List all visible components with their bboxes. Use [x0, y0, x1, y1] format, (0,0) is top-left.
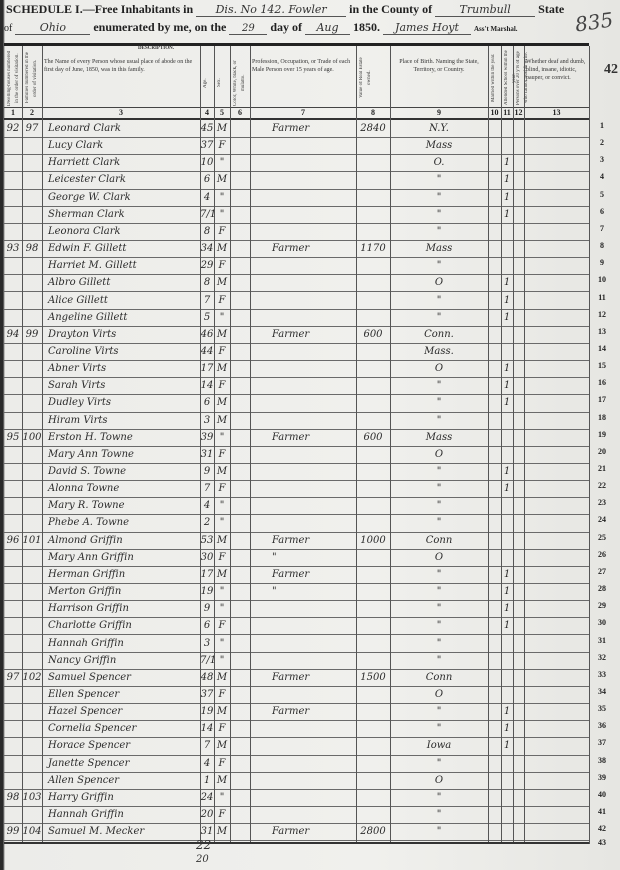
cell-sex: F [214, 480, 230, 497]
column-divider [513, 46, 514, 844]
cell-name: Harrison Griffin [42, 600, 206, 617]
cell-age: 3 [200, 412, 214, 429]
table-bottom-rule [4, 842, 589, 844]
line-number: 24 [592, 515, 612, 524]
line-number: 39 [592, 773, 612, 782]
cell-school: 1 [501, 463, 513, 480]
cell-name: Merton Griffin [42, 583, 206, 600]
column-number-1: 1 [4, 108, 22, 118]
description-label: DESCRIPTION. [112, 45, 200, 57]
cell-sex: " [214, 583, 230, 600]
cell-name: Leonard Clark [42, 120, 206, 137]
cell-sex: M [214, 703, 230, 720]
cell-value: 1000 [356, 532, 390, 549]
marshal-label: Ass't Marshal. [474, 25, 518, 33]
cell-sex: M [214, 669, 230, 686]
cell-value: 600 [356, 429, 390, 446]
cell-family: 98 [22, 240, 42, 257]
cell-age: 29 [200, 257, 214, 274]
cell-dwelling: 92 [4, 120, 22, 137]
cell-family: 97 [22, 120, 42, 137]
line-number: 2 [592, 138, 612, 147]
column-number-12: 12 [513, 108, 524, 118]
cell-age: 48 [200, 669, 214, 686]
cell-birth: " [390, 617, 488, 634]
cell-name: Angeline Gillett [42, 309, 206, 326]
cell-family: 100 [22, 429, 42, 446]
cell-name: Abner Virts [42, 360, 206, 377]
cell-school: 1 [501, 189, 513, 206]
line-number: 27 [592, 567, 612, 576]
year-label: 1850. [353, 20, 380, 34]
cell-school: 1 [501, 377, 513, 394]
cell-age: 53 [200, 532, 214, 549]
cell-sex: " [214, 789, 230, 806]
cell-name: Sarah Virts [42, 377, 206, 394]
cell-age: 34 [200, 240, 214, 257]
cell-age: 30 [200, 549, 214, 566]
line-number: 32 [592, 653, 612, 662]
county-field: Trumbull [435, 3, 535, 17]
cell-birth: " [390, 566, 488, 583]
cell-school: 1 [501, 600, 513, 617]
cell-sex: F [214, 223, 230, 240]
cell-dwelling: 98 [4, 789, 22, 806]
cell-age: 4 [200, 497, 214, 514]
cell-name: Harry Griffin [42, 789, 206, 806]
line-number: 5 [592, 190, 612, 199]
cell-age: 9 [200, 463, 214, 480]
cell-sex: " [214, 497, 230, 514]
cell-sex: F [214, 720, 230, 737]
line-number: 20 [592, 447, 612, 456]
cell-age: 39 [200, 429, 214, 446]
cell-birth: Iowa [390, 737, 488, 754]
schedule-header-line-1: SCHEDULE I.—Free Inhabitants in Dis. No … [6, 2, 564, 17]
cell-dwelling: 95 [4, 429, 22, 446]
cell-sex: F [214, 755, 230, 772]
cell-family: 103 [22, 789, 42, 806]
line-number: 31 [592, 636, 612, 645]
cell-name: Hannah Griffin [42, 806, 206, 823]
of-label: of [4, 23, 12, 34]
cell-birth: " [390, 720, 488, 737]
column-divider [200, 46, 201, 844]
cell-birth: Conn. [390, 326, 488, 343]
column-divider [488, 46, 489, 844]
cell-sex: M [214, 326, 230, 343]
cell-age: 17 [200, 360, 214, 377]
cell-birth: " [390, 223, 488, 240]
cell-birth: " [390, 309, 488, 326]
cell-sex: " [214, 206, 230, 223]
cell-birth: " [390, 514, 488, 531]
cell-occupation: Farmer [250, 566, 378, 583]
cell-value: 1170 [356, 240, 390, 257]
marshal-field: James Hoyt [383, 21, 471, 35]
cell-sex: M [214, 566, 230, 583]
cell-name: Caroline Virts [42, 343, 206, 360]
cell-name: Albro Gillett [42, 274, 206, 291]
cell-name: Dudley Virts [42, 394, 206, 411]
cell-sex: F [214, 686, 230, 703]
enumerated-label: enumerated by me, on the [93, 20, 226, 34]
line-number: 40 [592, 790, 612, 799]
cell-age: 19 [200, 583, 214, 600]
cell-age: 9 [200, 600, 214, 617]
cell-sex: M [214, 463, 230, 480]
cell-name: Mary Ann Griffin [42, 549, 206, 566]
line-number: 30 [592, 618, 612, 627]
cell-birth: O [390, 772, 488, 789]
cell-age: 7/12 [200, 652, 214, 669]
line-number: 23 [592, 498, 612, 507]
cell-age: 3 [200, 635, 214, 652]
cell-name: Horace Spencer [42, 737, 206, 754]
cell-name: Leonora Clark [42, 223, 206, 240]
cell-birth: " [390, 823, 488, 840]
cell-birth: Mass [390, 240, 488, 257]
cell-name: Erston H. Towne [42, 429, 206, 446]
day-of-label: day of [270, 20, 302, 34]
cell-name: Leicester Clark [42, 171, 206, 188]
cell-dwelling: 96 [4, 532, 22, 549]
line-number: 10 [592, 275, 612, 284]
cell-sex: F [214, 446, 230, 463]
column-header-12: Persons over 20 y'rs of age who cannot r… [515, 50, 522, 106]
cell-occupation: Farmer [250, 703, 378, 720]
line-number: 38 [592, 756, 612, 765]
cell-sex: F [214, 292, 230, 309]
cell-sex: F [214, 806, 230, 823]
line-number: 41 [592, 807, 612, 816]
cell-name: Charlotte Griffin [42, 617, 206, 634]
cell-school: 1 [501, 154, 513, 171]
line-number: 17 [592, 395, 612, 404]
cell-birth: " [390, 292, 488, 309]
column-divider [42, 46, 43, 844]
county-label: in the County of [349, 2, 432, 16]
line-number: 43 [592, 838, 612, 847]
column-number-9: 9 [390, 108, 488, 118]
cell-age: 44 [200, 343, 214, 360]
cell-birth: " [390, 257, 488, 274]
cell-name: Allen Spencer [42, 772, 206, 789]
column-divider [230, 46, 231, 844]
state-label: State [538, 2, 564, 16]
cell-birth: Mass [390, 137, 488, 154]
cell-sex: " [214, 154, 230, 171]
column-header-11: Attended School within the year. [503, 50, 511, 106]
cell-value: 2800 [356, 823, 390, 840]
schedule-title: SCHEDULE I.—Free Inhabitants in [6, 2, 193, 16]
cell-name: Mary R. Towne [42, 497, 206, 514]
cell-school: 1 [501, 583, 513, 600]
cell-birth: " [390, 583, 488, 600]
cell-age: 4 [200, 755, 214, 772]
line-number: 25 [592, 533, 612, 542]
cell-name: Cornelia Spencer [42, 720, 206, 737]
cell-birth: O. [390, 154, 488, 171]
cell-name: Hiram Virts [42, 412, 206, 429]
cell-school: 1 [501, 206, 513, 223]
line-number: 1 [592, 121, 612, 130]
census-page: SCHEDULE I.—Free Inhabitants in Dis. No … [0, 0, 620, 870]
line-number: 34 [592, 687, 612, 696]
schedule-header-line-2: of Ohio enumerated by me, on the 29 day … [4, 20, 518, 35]
cell-birth: " [390, 652, 488, 669]
cell-name: Mary Ann Towne [42, 446, 206, 463]
cell-age: 31 [200, 446, 214, 463]
cell-birth: " [390, 189, 488, 206]
cell-sex: M [214, 240, 230, 257]
cell-value: 1500 [356, 669, 390, 686]
cell-name: Samuel M. Mecker [42, 823, 206, 840]
cell-name: Nancy Griffin [42, 652, 206, 669]
cell-birth: N.Y. [390, 120, 488, 137]
cell-name: Phebe A. Towne [42, 514, 206, 531]
cell-dwelling: 94 [4, 326, 22, 343]
cell-age: 5 [200, 309, 214, 326]
cell-school: 1 [501, 394, 513, 411]
line-number: 21 [592, 464, 612, 473]
column-number-4: 4 [200, 108, 214, 118]
cell-birth: " [390, 703, 488, 720]
cell-sex: F [214, 377, 230, 394]
cell-school: 1 [501, 737, 513, 754]
column-divider [214, 46, 215, 844]
line-number: 3 [592, 155, 612, 164]
cell-family: 99 [22, 326, 42, 343]
column-number-7: 7 [250, 108, 356, 118]
cell-sex: F [214, 257, 230, 274]
column-number-6: 6 [230, 108, 250, 118]
cell-name: Harriett Clark [42, 154, 206, 171]
column-divider [589, 46, 590, 844]
line-number: 16 [592, 378, 612, 387]
column-number-3: 3 [42, 108, 200, 118]
cell-sex: " [214, 429, 230, 446]
cell-name: Herman Griffin [42, 566, 206, 583]
cell-birth: " [390, 806, 488, 823]
line-number: 12 [592, 310, 612, 319]
cell-birth: " [390, 463, 488, 480]
line-number: 28 [592, 584, 612, 593]
column-divider [501, 46, 502, 844]
line-number: 11 [592, 293, 612, 302]
column-number-11: 11 [501, 108, 513, 118]
district-field: Dis. No 142. Fowler [196, 3, 346, 17]
cell-sex: M [214, 532, 230, 549]
cell-birth: " [390, 171, 488, 188]
cell-age: 14 [200, 720, 214, 737]
cell-school: 1 [501, 274, 513, 291]
cell-birth: " [390, 755, 488, 772]
cell-school: 1 [501, 566, 513, 583]
cell-age: 7/12 [200, 206, 214, 223]
cell-name: Ellen Spencer [42, 686, 206, 703]
cell-birth: " [390, 377, 488, 394]
cell-sex: F [214, 617, 230, 634]
cell-sex: M [214, 772, 230, 789]
cell-age: 37 [200, 686, 214, 703]
line-number: 15 [592, 361, 612, 370]
cell-sex: M [214, 394, 230, 411]
cell-birth: " [390, 789, 488, 806]
column-divider [250, 46, 251, 844]
cell-name: David S. Towne [42, 463, 206, 480]
line-number: 9 [592, 258, 612, 267]
column-header-8: Value of Real Estate owned. [358, 50, 388, 106]
cell-birth: " [390, 412, 488, 429]
cell-sex: " [214, 309, 230, 326]
cell-age: 6 [200, 394, 214, 411]
cell-sex: " [214, 635, 230, 652]
cell-birth: " [390, 394, 488, 411]
cell-value: 2840 [356, 120, 390, 137]
cell-dwelling: 97 [4, 669, 22, 686]
cell-school: 1 [501, 171, 513, 188]
cell-name: Sherman Clark [42, 206, 206, 223]
day-field: 29 [229, 23, 267, 35]
cell-sex: " [214, 600, 230, 617]
cell-school: 1 [501, 720, 513, 737]
cell-sex: M [214, 120, 230, 137]
month-field: Aug [305, 21, 350, 35]
line-number: 33 [592, 670, 612, 679]
cell-age: 1 [200, 772, 214, 789]
cell-age: 10 [200, 154, 214, 171]
cell-birth: O [390, 446, 488, 463]
cell-occupation: " [250, 549, 378, 566]
line-number: 42 [592, 824, 612, 833]
cell-age: 6 [200, 171, 214, 188]
cell-age: 37 [200, 137, 214, 154]
line-number: 6 [592, 207, 612, 216]
line-number: 4 [592, 172, 612, 181]
line-number: 18 [592, 413, 612, 422]
cell-sex: " [214, 652, 230, 669]
cell-family: 102 [22, 669, 42, 686]
cell-name: Hazel Spencer [42, 703, 206, 720]
line-number: 36 [592, 721, 612, 730]
line-number: 26 [592, 550, 612, 559]
cell-sex: F [214, 343, 230, 360]
cell-name: Almond Griffin [42, 532, 206, 549]
column-header-4: Age. [202, 60, 212, 106]
line-number: 22 [592, 481, 612, 490]
cell-age: 6 [200, 617, 214, 634]
cell-school: 1 [501, 360, 513, 377]
cell-school: 1 [501, 617, 513, 634]
cell-sex: F [214, 549, 230, 566]
cell-dwelling: 93 [4, 240, 22, 257]
cell-name: Lucy Clark [42, 137, 206, 154]
column-header-2: Families numbered in the order of visita… [24, 50, 40, 106]
cell-sex: M [214, 412, 230, 429]
cell-value: 600 [356, 326, 390, 343]
line-number: 35 [592, 704, 612, 713]
cell-age: 8 [200, 223, 214, 240]
cell-birth: O [390, 274, 488, 291]
cell-age: 2 [200, 514, 214, 531]
cell-occupation: " [250, 583, 378, 600]
cell-age: 20 [200, 806, 214, 823]
line-number: 7 [592, 224, 612, 233]
cell-age: 7 [200, 480, 214, 497]
cell-sex: M [214, 274, 230, 291]
column-divider [356, 46, 357, 844]
column-number-5: 5 [214, 108, 230, 118]
cell-sex: " [214, 514, 230, 531]
cell-school: 1 [501, 480, 513, 497]
cell-name: Janette Spencer [42, 755, 206, 772]
cell-birth: Mass. [390, 343, 488, 360]
cell-age: 4 [200, 189, 214, 206]
line-number: 13 [592, 327, 612, 336]
line-number: 37 [592, 738, 612, 747]
cell-sex: M [214, 171, 230, 188]
line-number: 19 [592, 430, 612, 439]
cell-age: 19 [200, 703, 214, 720]
cell-sex: F [214, 137, 230, 154]
cell-school: 1 [501, 292, 513, 309]
column-divider [524, 46, 525, 844]
census-table: DESCRIPTION. Dwelling-houses numbered in… [4, 43, 589, 844]
cell-sex: M [214, 360, 230, 377]
column-divider [390, 46, 391, 844]
cell-birth: O [390, 549, 488, 566]
page-number: 42 [604, 62, 618, 78]
cell-age: 8 [200, 274, 214, 291]
cell-age: 24 [200, 789, 214, 806]
cell-dwelling: 99 [4, 823, 22, 840]
line-number: 29 [592, 601, 612, 610]
page-stamp-number: 835 [574, 7, 615, 36]
cell-birth: O [390, 686, 488, 703]
column-number-8: 8 [356, 108, 390, 118]
cell-age: 14 [200, 377, 214, 394]
cell-name: George W. Clark [42, 189, 206, 206]
cell-sex: " [214, 189, 230, 206]
cell-name: Samuel Spencer [42, 669, 206, 686]
cell-name: Edwin F. Gillett [42, 240, 206, 257]
cell-birth: " [390, 206, 488, 223]
column-header-5: Sex. [216, 60, 228, 106]
cell-birth: " [390, 480, 488, 497]
cell-age: 7 [200, 737, 214, 754]
tally-females: 20 [196, 854, 209, 865]
column-header-6: Color, White, black, or mulatto. [232, 60, 248, 106]
cell-birth: Conn [390, 669, 488, 686]
cell-name: Drayton Virts [42, 326, 206, 343]
cell-name: Alonna Towne [42, 480, 206, 497]
cell-sex: M [214, 823, 230, 840]
cell-age: 45 [200, 120, 214, 137]
cell-age: 7 [200, 292, 214, 309]
cell-birth: Mass [390, 429, 488, 446]
cell-name: Hannah Griffin [42, 635, 206, 652]
column-number-10: 10 [488, 108, 501, 118]
cell-age: 17 [200, 566, 214, 583]
cell-birth: " [390, 497, 488, 514]
cell-name: Harriet M. Gillett [42, 257, 206, 274]
cell-name: Alice Gillett [42, 292, 206, 309]
cell-birth: " [390, 635, 488, 652]
cell-age: 46 [200, 326, 214, 343]
tally-males: 22 [196, 838, 211, 852]
column-header-10: Married within the year. [490, 50, 499, 106]
